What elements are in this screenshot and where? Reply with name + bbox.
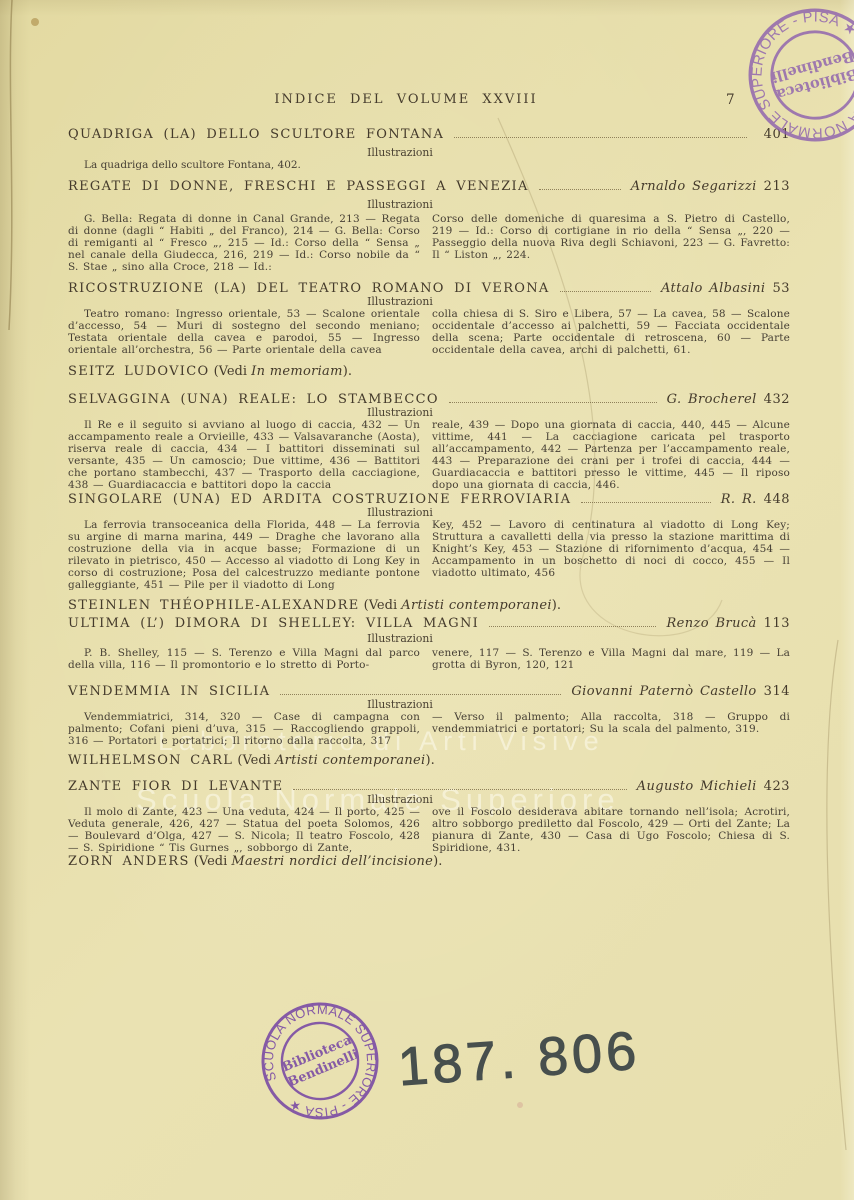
cross-reference-name: STEINLEN THÉOPHILE-ALEXANDRE bbox=[68, 598, 360, 613]
entry-column-right: — Verso il palmento; Alla raccolta, 318 … bbox=[432, 711, 790, 747]
see-target: Artisti contemporanei bbox=[275, 753, 426, 768]
entry-heading-row: RICOSTRUZIONE (LA) DEL TEATRO ROMANO DI … bbox=[68, 281, 790, 296]
entry-author: G. Brocherel bbox=[667, 392, 757, 407]
illustrations-label: Illustrazioni bbox=[68, 296, 790, 308]
illustrations-label: Illustrazioni bbox=[68, 507, 790, 519]
see-close: ). bbox=[343, 364, 352, 379]
entry-column-left: La ferrovia transoceanica della Florida,… bbox=[68, 519, 420, 592]
dotted-leader bbox=[489, 626, 656, 627]
entry-columns: Il molo di Zante, 423 — Una veduta, 424 … bbox=[68, 806, 790, 854]
dotted-leader bbox=[449, 402, 657, 403]
entry-heading-row: ULTIMA (L’) DIMORA DI SHELLEY: VILLA MAG… bbox=[68, 616, 790, 631]
dotted-leader bbox=[581, 502, 710, 503]
entry-title: SINGOLARE (UNA) ED ARDITA COSTRUZIONE FE… bbox=[68, 492, 571, 507]
see-label: (Vedi bbox=[364, 598, 397, 613]
stamp-center-text: Bendinelli bbox=[286, 1047, 361, 1090]
entry-title: VENDEMMIA IN SICILIA bbox=[68, 684, 270, 699]
index-entry: QUADRIGA (LA) DELLO SCULTORE FONTANA 401… bbox=[68, 127, 790, 171]
entry-title: REGATE DI DONNE, FRESCHI E PASSEGGI A VE… bbox=[68, 179, 529, 194]
entry-page-ref: 401 bbox=[764, 127, 790, 142]
index-entry: ZANTE FIOR DI LEVANTE Augusto Michieli 4… bbox=[68, 779, 790, 854]
entry-heading-row: QUADRIGA (LA) DELLO SCULTORE FONTANA 401 bbox=[68, 127, 790, 142]
entry-column-right: Corso delle domeniche di quaresima a S. … bbox=[432, 213, 790, 273]
see-target: Artisti contemporanei bbox=[401, 598, 552, 613]
entry-caption-line: La quadriga dello scultore Fontana, 402. bbox=[84, 159, 790, 171]
entry-column-left: Il Re e il seguito si avviano al luogo d… bbox=[68, 419, 420, 492]
entry-author: R. R. bbox=[721, 492, 757, 507]
entry-heading-row: REGATE DI DONNE, FRESCHI E PASSEGGI A VE… bbox=[68, 179, 790, 194]
entry-column-right: venere, 117 — S. Terenzo e Villa Magni d… bbox=[432, 647, 790, 671]
cross-reference-name: ZORN ANDERS bbox=[68, 854, 190, 869]
cross-reference: SEITZ LUDOVICO (Vedi In memoriam). bbox=[68, 364, 790, 379]
entry-page-ref: 53 bbox=[772, 281, 790, 296]
scanned-index-page: Laboratorio di Arti Visive Scuola Normal… bbox=[0, 0, 854, 1200]
entry-columns: Vendemmiatrici, 314, 320 — Case di campa… bbox=[68, 711, 790, 747]
dotted-leader bbox=[539, 189, 621, 190]
entry-column-left: G. Bella: Regata di donne in Canal Grand… bbox=[68, 213, 420, 273]
entry-column-right: reale, 439 — Dopo una giornata di caccia… bbox=[432, 419, 790, 492]
stamp-center-text: Bendinelli bbox=[769, 47, 854, 86]
entry-page-ref: 113 bbox=[764, 616, 790, 631]
entry-title: ULTIMA (L’) DIMORA DI SHELLEY: VILLA MAG… bbox=[68, 616, 479, 631]
see-label: (Vedi bbox=[194, 854, 227, 869]
cross-reference: ZORN ANDERS (Vedi Maestri nordici dell’i… bbox=[68, 854, 790, 869]
entry-author: Renzo Brucà bbox=[666, 616, 756, 631]
index-entries: QUADRIGA (LA) DELLO SCULTORE FONTANA 401… bbox=[68, 127, 790, 869]
index-entry: SINGOLARE (UNA) ED ARDITA COSTRUZIONE FE… bbox=[68, 492, 790, 592]
entry-heading-row: ZANTE FIOR DI LEVANTE Augusto Michieli 4… bbox=[68, 779, 790, 794]
illustrations-label: Illustrazioni bbox=[68, 199, 790, 211]
index-entry: REGATE DI DONNE, FRESCHI E PASSEGGI A VE… bbox=[68, 179, 790, 273]
entry-page-ref: 432 bbox=[764, 392, 790, 407]
entry-column-left: Vendemmiatrici, 314, 320 — Case di campa… bbox=[68, 711, 420, 747]
entry-heading-row: SINGOLARE (UNA) ED ARDITA COSTRUZIONE FE… bbox=[68, 492, 790, 507]
illustrations-label: Illustrazioni bbox=[68, 147, 790, 159]
index-entry: SELVAGGINA (UNA) REALE: LO STAMBECCO G. … bbox=[68, 392, 790, 492]
dotted-leader bbox=[280, 694, 561, 695]
entry-columns: P. B. Shelley, 115 — S. Terenzo e Villa … bbox=[68, 647, 790, 671]
entry-column-right: ove il Foscolo desiderava abitare tornan… bbox=[432, 806, 790, 854]
library-stamp: SCUOLA NORMALE SUPERIORE - PISA ★ Biblio… bbox=[233, 974, 406, 1147]
entry-column-right: Key, 452 — Lavoro di centinatura al viad… bbox=[432, 519, 790, 592]
entry-column-left: P. B. Shelley, 115 — S. Terenzo e Villa … bbox=[68, 647, 420, 671]
index-entry: RICOSTRUZIONE (LA) DEL TEATRO ROMANO DI … bbox=[68, 281, 790, 356]
see-label: (Vedi bbox=[214, 364, 247, 379]
illustrations-label: Illustrazioni bbox=[68, 407, 790, 419]
cross-reference-name: WILHELMSON CARL bbox=[68, 753, 233, 768]
illustrations-label: Illustrazioni bbox=[68, 633, 790, 645]
entry-heading-row: SELVAGGINA (UNA) REALE: LO STAMBECCO G. … bbox=[68, 392, 790, 407]
stamp-center-text: Biblioteca bbox=[280, 1032, 355, 1075]
entry-page-ref: 213 bbox=[764, 179, 790, 194]
dotted-leader bbox=[560, 291, 651, 292]
see-target: In memoriam bbox=[251, 364, 343, 379]
entry-author: Augusto Michieli bbox=[637, 779, 757, 794]
entry-columns: Il Re e il seguito si avviano al luogo d… bbox=[68, 419, 790, 492]
entry-page-ref: 314 bbox=[764, 684, 790, 699]
entry-columns: G. Bella: Regata di donne in Canal Grand… bbox=[68, 213, 790, 273]
entry-column-left: Il molo di Zante, 423 — Una veduta, 424 … bbox=[68, 806, 420, 854]
entry-heading-row: VENDEMMIA IN SICILIA Giovanni Paternò Ca… bbox=[68, 684, 790, 699]
illustrations-label: Illustrazioni bbox=[68, 794, 790, 806]
see-label: (Vedi bbox=[237, 753, 270, 768]
entry-title: QUADRIGA (LA) DELLO SCULTORE FONTANA bbox=[68, 127, 444, 142]
entry-title: RICOSTRUZIONE (LA) DEL TEATRO ROMANO DI … bbox=[68, 281, 550, 296]
dotted-leader bbox=[293, 789, 626, 790]
index-entry: VENDEMMIA IN SICILIA Giovanni Paternò Ca… bbox=[68, 684, 790, 747]
entry-page-ref: 423 bbox=[764, 779, 790, 794]
entry-columns: Teatro romano: Ingresso orientale, 53 — … bbox=[68, 308, 790, 356]
entry-title: SELVAGGINA (UNA) REALE: LO STAMBECCO bbox=[68, 392, 439, 407]
handwritten-accession-number: 187. 806 bbox=[396, 1020, 642, 1099]
stamp-ring-text: SCUOLA NORMALE SUPERIORE - PISA ★ bbox=[242, 983, 397, 1138]
entry-author: Arnaldo Segarizzi bbox=[631, 179, 757, 194]
svg-text:SCUOLA NORMALE SUPERIORE - PIS: SCUOLA NORMALE SUPERIORE - PISA ★ bbox=[242, 983, 397, 1138]
entry-columns: La ferrovia transoceanica della Florida,… bbox=[68, 519, 790, 592]
page-number: 7 bbox=[726, 92, 735, 108]
entry-column-left: Teatro romano: Ingresso orientale, 53 — … bbox=[68, 308, 420, 356]
cross-reference-name: SEITZ LUDOVICO bbox=[68, 364, 209, 379]
cross-reference: WILHELMSON CARL (Vedi Artisti contempora… bbox=[68, 753, 790, 768]
index-entry: ULTIMA (L’) DIMORA DI SHELLEY: VILLA MAG… bbox=[68, 616, 790, 671]
see-close: ). bbox=[433, 854, 442, 869]
page-title: INDICE DEL VOLUME XXVIII bbox=[68, 92, 790, 107]
entry-column-right: colla chiesa di S. Siro e Libera, 57 — L… bbox=[432, 308, 790, 356]
dotted-leader bbox=[454, 137, 746, 138]
see-close: ). bbox=[426, 753, 435, 768]
entry-author: Attalo Albasini bbox=[661, 281, 765, 296]
see-close: ). bbox=[552, 598, 561, 613]
illustrations-label: Illustrazioni bbox=[68, 699, 790, 711]
see-target: Maestri nordici dell’incisione bbox=[231, 854, 433, 869]
cross-reference: STEINLEN THÉOPHILE-ALEXANDRE (Vedi Artis… bbox=[68, 598, 790, 613]
entry-title: ZANTE FIOR DI LEVANTE bbox=[68, 779, 283, 794]
entry-page-ref: 448 bbox=[764, 492, 790, 507]
entry-author: Giovanni Paternò Castello bbox=[571, 684, 756, 699]
